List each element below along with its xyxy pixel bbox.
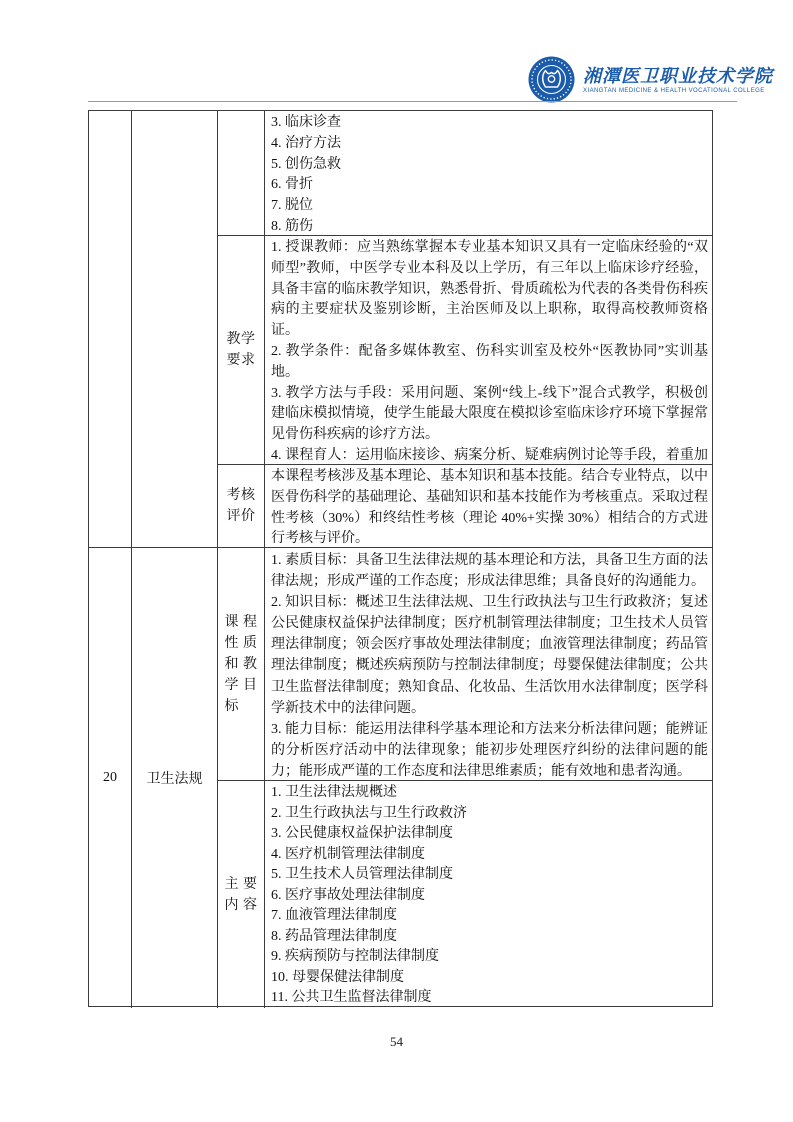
college-seal-icon: [528, 56, 575, 103]
teaching-requirements-label: 教学 要求: [227, 329, 256, 371]
teaching-requirements-label-cell: 教学 要求: [218, 236, 265, 465]
college-name-en: XIANGTAN MEDICINE & HEALTH VOCATIONAL CO…: [583, 88, 773, 94]
college-logo: 湘潭医卫职业技术学院 XIANGTAN MEDICINE & HEALTH VO…: [528, 56, 773, 103]
course-nature-objectives-content-cell: 1. 素质目标：具备卫生法律法规的基本理论和方法，具备卫生方面的法律法规；形成严…: [265, 548, 712, 781]
document-page: 湘潭医卫职业技术学院 XIANGTAN MEDICINE & HEALTH VO…: [0, 0, 793, 1122]
course-table: 3. 临床诊查 4. 治疗方法 5. 创伤急救 6. 骨折 7. 脱位 8. 筋…: [88, 110, 713, 1007]
main-content-content-cell: 1. 卫生法律法规概述 2. 卫生行政执法与卫生行政救济 3. 公民健康权益保护…: [265, 781, 712, 1008]
college-name-block: 湘潭医卫职业技术学院 XIANGTAN MEDICINE & HEALTH VO…: [583, 65, 773, 94]
continuation-content-cell: 3. 临床诊查 4. 治疗方法 5. 创伤急救 6. 骨折 7. 脱位 8. 筋…: [265, 111, 712, 236]
assessment-label-cell: 考核 评价: [218, 465, 265, 548]
college-name-zh: 湘潭医卫职业技术学院: [583, 65, 773, 87]
course-number-cell: 20: [89, 548, 132, 1008]
continuation-course-name-cell: [132, 111, 218, 548]
course-nature-objectives-label-cell: 课 程 性 质 和 教 学 目 标: [218, 548, 265, 781]
assessment-label: 考核 评价: [227, 485, 256, 527]
header-rule: [88, 101, 737, 102]
teaching-requirements-content-cell: 1. 授课教师：应当熟练掌握本专业基本知识又具有一定临床经验的“双师型”教师，中…: [265, 236, 712, 465]
course-nature-objectives-label: 课 程 性 质 和 教 学 目 标: [225, 612, 258, 717]
page-number: 54: [0, 1034, 793, 1050]
course-name-cell: 卫生法规: [132, 548, 218, 1008]
main-content-label-cell: 主 要 内 容: [218, 781, 265, 1008]
continuation-number-cell: [89, 111, 132, 548]
main-content-label: 主 要 内 容: [225, 874, 258, 916]
assessment-content-cell: 本课程考核涉及基本理论、基本知识和基本技能。结合专业特点，以中医骨伤科学的基础理…: [265, 465, 712, 548]
continuation-label-cell: [218, 111, 265, 236]
